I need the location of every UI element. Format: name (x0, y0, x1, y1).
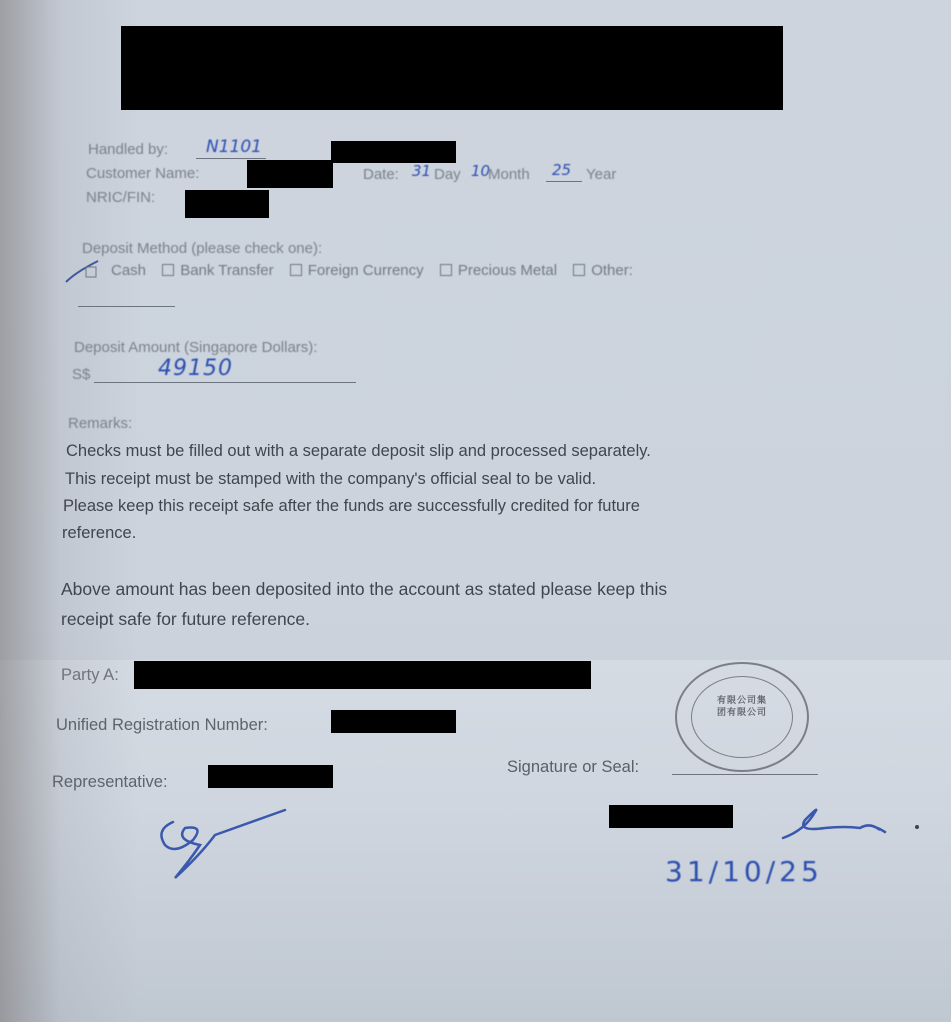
date-year-label: Year (586, 166, 616, 183)
nric-redaction (185, 190, 269, 218)
remarks-line-2: This receipt must be stamped with the co… (65, 470, 596, 489)
deposit-option-precious-metal[interactable]: Precious Metal (432, 262, 561, 279)
deposit-option-cash[interactable]: Cash (111, 262, 150, 279)
customer-name-redaction (247, 160, 333, 188)
statement-line-1: Above amount has been deposited into the… (61, 579, 667, 600)
checkbox-precious-metal[interactable] (440, 264, 452, 276)
representative-signature (145, 800, 295, 890)
registration-number-label: Unified Registration Number: (56, 716, 268, 735)
party-a-redaction (134, 661, 591, 689)
representative-redaction (208, 765, 333, 788)
checkbox-foreign-currency[interactable] (290, 264, 302, 276)
checkbox-bank-transfer[interactable] (162, 264, 174, 276)
date-day-label: Day (434, 166, 461, 183)
signed-date: 31/10/25 (665, 855, 823, 888)
date-day-value: 31 (412, 162, 431, 180)
handled-by-underline (196, 158, 266, 159)
date-month-label: Month (488, 166, 530, 183)
header-redaction (121, 26, 783, 110)
nric-label: NRIC/FIN: (86, 189, 155, 206)
signatory-redaction (609, 805, 733, 828)
remarks-line-3: Please keep this receipt safe after the … (63, 497, 640, 516)
deposit-amount-underline (94, 382, 356, 383)
deposit-amount-value: 49150 (158, 356, 233, 381)
checkbox-other[interactable] (573, 264, 585, 276)
date-label: Date: (363, 166, 399, 183)
company-seal-stamp: 有限公司集 团有限公司 (675, 662, 809, 772)
statement-line-2: receipt safe for future reference. (61, 609, 310, 630)
deposit-option-other[interactable]: Other: (565, 262, 633, 279)
party-signature (775, 800, 925, 850)
date-year-underline (546, 181, 582, 182)
handled-by-value: N1101 (206, 137, 262, 157)
remarks-label: Remarks: (68, 415, 132, 432)
stamp-text: 有限公司集 团有限公司 (677, 694, 807, 718)
party-a-label: Party A: (61, 666, 119, 685)
signature-underline (672, 774, 818, 775)
deposit-option-foreign-currency[interactable]: Foreign Currency (282, 262, 428, 279)
deposit-method-options: Cash Bank Transfer Foreign Currency Prec… (64, 262, 637, 279)
deposit-option-bank-transfer[interactable]: Bank Transfer (154, 262, 278, 279)
remarks-line-4: reference. (62, 524, 136, 543)
customer-name-label: Customer Name: (86, 165, 199, 182)
registration-number-redaction (331, 710, 456, 733)
representative-label: Representative: (52, 773, 168, 792)
handled-by-redaction (331, 141, 456, 163)
handled-by-label: Handled by: (88, 141, 168, 158)
remarks-line-1: Checks must be filled out with a separat… (66, 442, 651, 461)
signature-or-seal-label: Signature or Seal: (507, 758, 639, 777)
currency-prefix: S$ (72, 366, 90, 383)
deposit-method-label: Deposit Method (please check one): (82, 240, 322, 257)
date-year-value: 25 (552, 161, 571, 179)
deposit-amount-label: Deposit Amount (Singapore Dollars): (74, 339, 317, 356)
other-underline (78, 306, 175, 307)
